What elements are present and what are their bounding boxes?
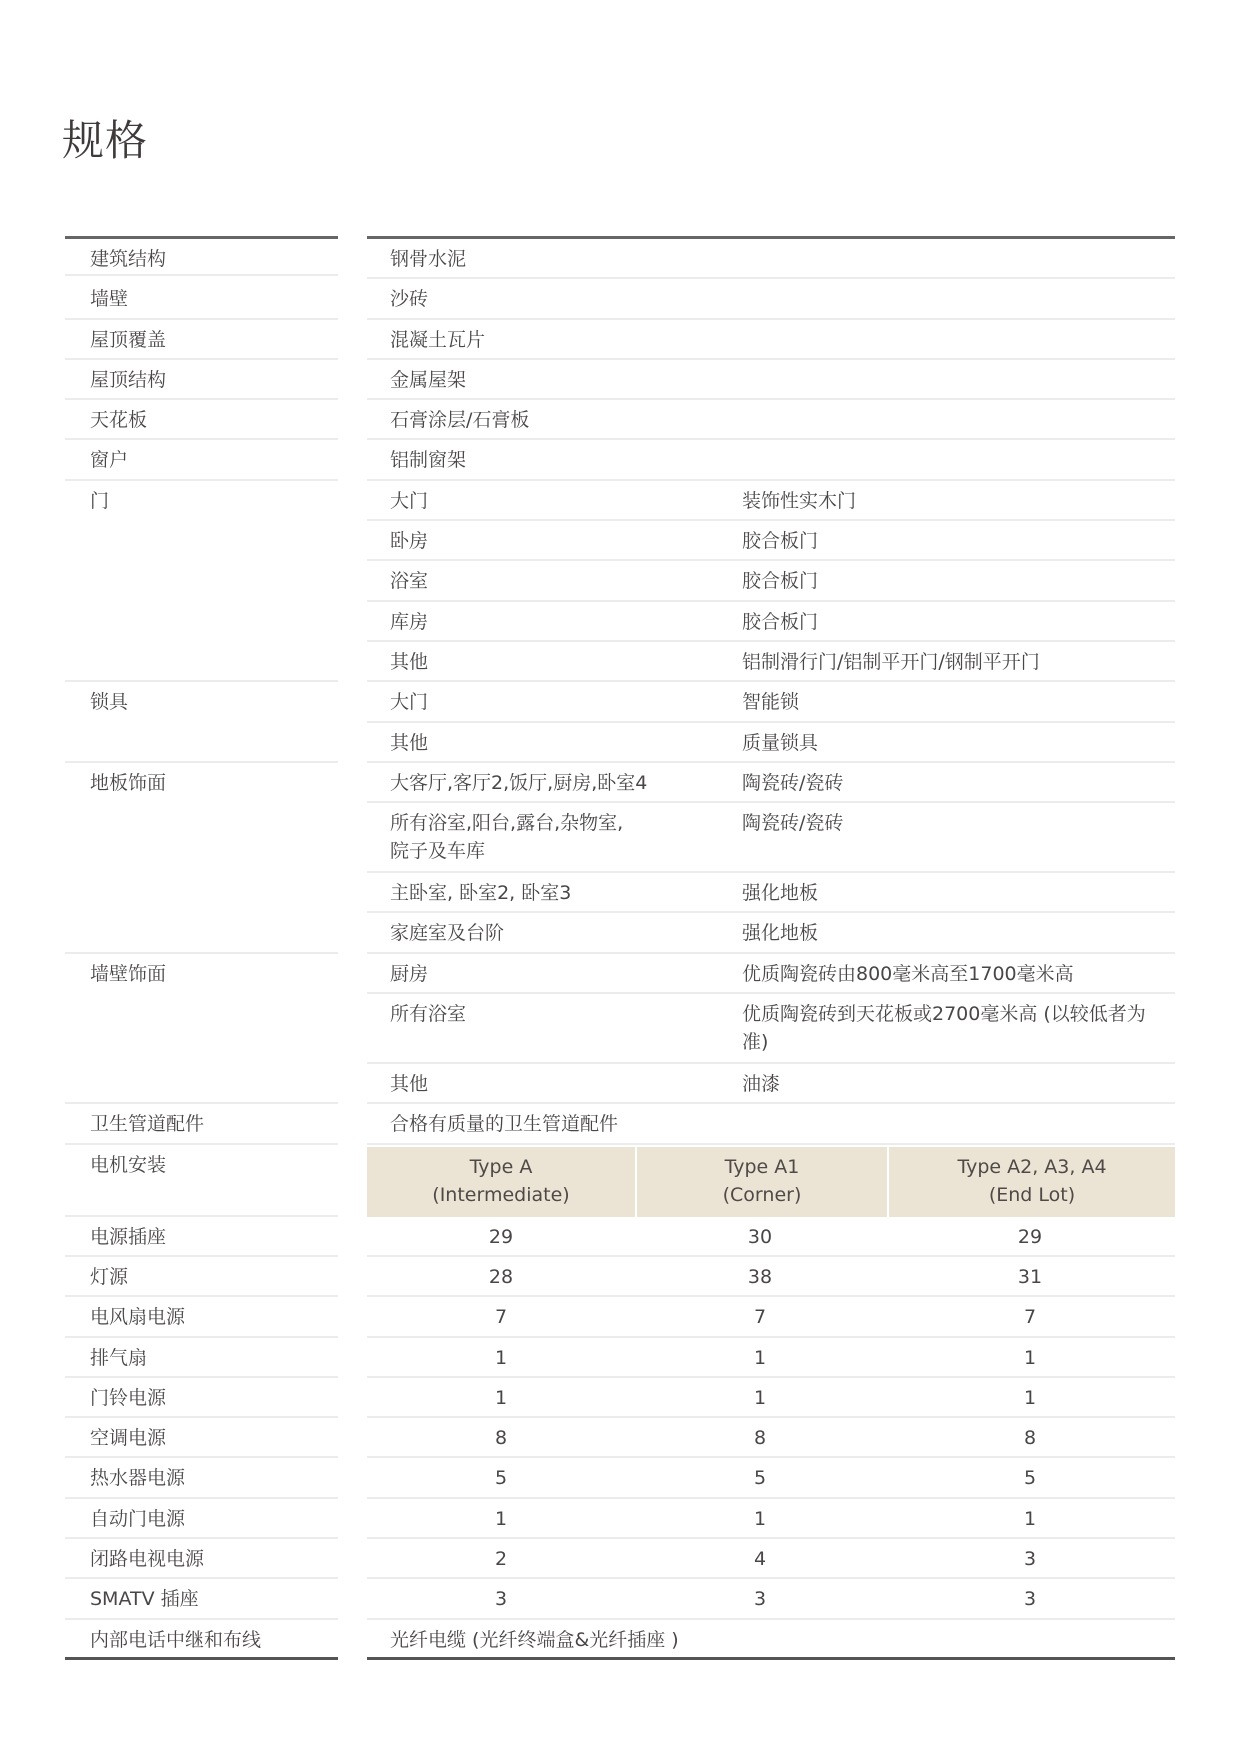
type-header: Type A(Intermediate)Type A1(Corner)Type … xyxy=(367,1147,1175,1217)
spec-values: 293029 xyxy=(367,1217,1175,1257)
count-cell: 1 xyxy=(885,1499,1175,1537)
spec-value: 石膏涂层/石膏板 xyxy=(367,400,1175,438)
spec-cell: 强化地板 xyxy=(742,870,1175,911)
count-cell: 28 xyxy=(367,1257,635,1295)
electrical-row: 自动门电源111 xyxy=(65,1499,1175,1539)
table-row: 沙砖 xyxy=(367,279,1175,319)
spec-label: 电风扇电源 xyxy=(65,1297,338,1337)
table-row: 合格有质量的卫生管道配件 xyxy=(367,1104,1175,1144)
spec-row-ceiling: 天花板石膏涂层/石膏板 xyxy=(65,400,1175,440)
electrical-row: SMATV 插座333 xyxy=(65,1579,1175,1619)
spec-cell: 优质陶瓷砖由800毫米高至1700毫米高 xyxy=(742,951,1175,992)
spec-value: 合格有质量的卫生管道配件 xyxy=(367,1104,1175,1142)
spec-value: 混凝土瓦片 xyxy=(367,320,1175,358)
electrical-row: 灯源283831 xyxy=(65,1257,1175,1297)
spec-values: 厨房优质陶瓷砖由800毫米高至1700毫米高所有浴室优质陶瓷砖到天花板或2700… xyxy=(367,954,1175,1105)
spec-row-sanitary: 卫生管道配件合格有质量的卫生管道配件 xyxy=(65,1104,1175,1144)
count-cell: 1 xyxy=(885,1338,1175,1376)
type-header-cell: Type A1(Corner) xyxy=(637,1147,887,1217)
electrical-row: 门铃电源111 xyxy=(65,1378,1175,1418)
count-cell: 1 xyxy=(635,1499,885,1537)
count-cell: 5 xyxy=(885,1458,1175,1496)
count-cell: 5 xyxy=(367,1458,635,1496)
spec-cell: 胶合板门 xyxy=(742,558,1175,599)
spec-label: 电机安装 xyxy=(65,1145,338,1217)
spec-values: 111 xyxy=(367,1499,1175,1539)
spec-row-structure: 建筑结构钢骨水泥 xyxy=(65,236,1175,279)
spec-cell: 陶瓷砖/瓷砖 xyxy=(742,760,1175,801)
spec-label: 灯源 xyxy=(65,1257,338,1297)
spec-value: 光纤电缆 (光纤终端盒&光纤插座 ) xyxy=(367,1620,1175,1657)
type-desc: (End Lot) xyxy=(889,1181,1175,1209)
area-cell: 其他 xyxy=(367,720,742,761)
table-row: 111 xyxy=(367,1378,1175,1418)
table-row: 铝制窗架 xyxy=(367,440,1175,480)
table-row: 家庭室及台阶强化地板 xyxy=(367,913,1175,953)
count-cell: 1 xyxy=(367,1499,635,1537)
table-row: 333 xyxy=(367,1579,1175,1619)
table-row: 金属屋架 xyxy=(367,360,1175,400)
spec-values: 大门智能锁其他质量锁具 xyxy=(367,682,1175,763)
count-cell: 1 xyxy=(635,1338,885,1376)
spec-row-roof_frame: 屋顶结构金属屋架 xyxy=(65,360,1175,400)
spec-row-windows: 窗户铝制窗架 xyxy=(65,440,1175,480)
table-row: 库房胶合板门 xyxy=(367,602,1175,642)
spec-values: 光纤电缆 (光纤终端盒&光纤插座 ) xyxy=(367,1620,1175,1660)
type-name: Type A1 xyxy=(637,1153,887,1181)
spec-value: 沙砖 xyxy=(367,279,1175,317)
spec-values: 243 xyxy=(367,1539,1175,1579)
electrical-header-row: 电机安装Type A(Intermediate)Type A1(Corner)T… xyxy=(65,1145,1175,1217)
spec-label: 闭路电视电源 xyxy=(65,1539,338,1579)
count-cell: 2 xyxy=(367,1539,635,1577)
count-cell: 8 xyxy=(885,1418,1175,1456)
area-cell: 其他 xyxy=(367,639,742,680)
spec-values: 混凝土瓦片 xyxy=(367,320,1175,360)
count-cell: 3 xyxy=(885,1579,1175,1617)
spec-values: 大门装饰性实木门卧房胶合板门浴室胶合板门库房胶合板门其他铝制滑行门/铝制平开门/… xyxy=(367,481,1175,682)
spec-values: 合格有质量的卫生管道配件 xyxy=(367,1104,1175,1144)
type-header-cell: Type A(Intermediate) xyxy=(367,1147,635,1217)
count-cell: 29 xyxy=(885,1217,1175,1255)
spec-value: 铝制窗架 xyxy=(367,440,1175,478)
count-cell: 30 xyxy=(635,1217,885,1255)
spec-label: 排气扇 xyxy=(65,1338,338,1378)
spec-cell: 智能锁 xyxy=(742,679,1175,720)
table-row: 卧房胶合板门 xyxy=(367,521,1175,561)
area-cell: 所有浴室 xyxy=(367,991,742,1062)
table-row: 混凝土瓦片 xyxy=(367,320,1175,360)
electrical-row: 电源插座293029 xyxy=(65,1217,1175,1257)
spec-cell: 优质陶瓷砖到天花板或2700毫米高 (以较低者为准) xyxy=(742,991,1175,1062)
spec-row-roof_cover: 屋顶覆盖混凝土瓦片 xyxy=(65,320,1175,360)
spec-group-locks: 锁具大门智能锁其他质量锁具 xyxy=(65,682,1175,763)
area-cell: 浴室 xyxy=(367,558,742,599)
count-cell: 7 xyxy=(635,1297,885,1335)
table-row: 主卧室, 卧室2, 卧室3强化地板 xyxy=(367,873,1175,913)
table-row: 243 xyxy=(367,1539,1175,1579)
table-row: 111 xyxy=(367,1499,1175,1539)
page-title: 规格 xyxy=(62,108,148,168)
spec-label: 墙壁 xyxy=(65,279,338,319)
table-row: 555 xyxy=(367,1458,1175,1498)
spec-label: 自动门电源 xyxy=(65,1499,338,1539)
count-cell: 8 xyxy=(367,1418,635,1456)
spec-group-floor: 地板饰面大客厅,客厅2,饭厅,厨房,卧室4陶瓷砖/瓷砖所有浴室,阳台,露台,杂物… xyxy=(65,763,1175,954)
type-header-cell: Type A2, A3, A4(End Lot) xyxy=(889,1147,1175,1217)
count-cell: 3 xyxy=(635,1579,885,1617)
count-cell: 31 xyxy=(885,1257,1175,1295)
type-desc: (Corner) xyxy=(637,1181,887,1209)
spec-label: 屋顶覆盖 xyxy=(65,320,338,360)
area-cell: 卧房 xyxy=(367,518,742,559)
spec-value: 钢骨水泥 xyxy=(367,239,1175,277)
table-row: 大门智能锁 xyxy=(367,682,1175,722)
electrical-row: 电风扇电源777 xyxy=(65,1297,1175,1337)
count-cell: 7 xyxy=(885,1297,1175,1335)
area-cell: 大客厅,客厅2,饭厅,厨房,卧室4 xyxy=(367,760,742,801)
spec-label: 卫生管道配件 xyxy=(65,1104,338,1144)
table-row: 777 xyxy=(367,1297,1175,1337)
spec-label: 屋顶结构 xyxy=(65,360,338,400)
type-desc: (Intermediate) xyxy=(367,1181,635,1209)
table-row: 石膏涂层/石膏板 xyxy=(367,400,1175,440)
spec-values: 111 xyxy=(367,1338,1175,1378)
area-cell: 大门 xyxy=(367,679,742,720)
spec-cell: 胶合板门 xyxy=(742,518,1175,559)
spec-cell: 胶合板门 xyxy=(742,599,1175,640)
area-cell: 主卧室, 卧室2, 卧室3 xyxy=(367,870,742,911)
table-row: 其他油漆 xyxy=(367,1064,1175,1104)
area-cell: 所有浴室,阳台,露台,杂物室, 院子及车库 xyxy=(367,800,742,871)
spec-values: Type A(Intermediate)Type A1(Corner)Type … xyxy=(367,1145,1175,1217)
count-cell: 29 xyxy=(367,1217,635,1255)
count-cell: 1 xyxy=(367,1338,635,1376)
count-cell: 4 xyxy=(635,1539,885,1577)
spec-label: 内部电话中继和布线 xyxy=(65,1620,338,1660)
area-cell: 其他 xyxy=(367,1061,742,1102)
table-row: 111 xyxy=(367,1338,1175,1378)
table-row: 其他铝制滑行门/铝制平开门/钢制平开门 xyxy=(367,642,1175,682)
table-row: 厨房优质陶瓷砖由800毫米高至1700毫米高 xyxy=(367,954,1175,994)
spec-values: 石膏涂层/石膏板 xyxy=(367,400,1175,440)
spec-table: 建筑结构钢骨水泥墙壁沙砖屋顶覆盖混凝土瓦片屋顶结构金属屋架天花板石膏涂层/石膏板… xyxy=(65,236,1175,1660)
electrical-row: 空调电源888 xyxy=(65,1418,1175,1458)
table-row: 光纤电缆 (光纤终端盒&光纤插座 ) xyxy=(367,1620,1175,1660)
table-row: 钢骨水泥 xyxy=(367,239,1175,279)
spec-cell: 强化地板 xyxy=(742,910,1175,951)
spec-label: 热水器电源 xyxy=(65,1458,338,1498)
spec-values: 111 xyxy=(367,1378,1175,1418)
table-row: 所有浴室优质陶瓷砖到天花板或2700毫米高 (以较低者为准) xyxy=(367,994,1175,1064)
spec-label: 门铃电源 xyxy=(65,1378,338,1418)
spec-label: 锁具 xyxy=(65,682,338,763)
spec-values: 钢骨水泥 xyxy=(367,236,1175,279)
count-cell: 3 xyxy=(885,1539,1175,1577)
spec-label: 窗户 xyxy=(65,440,338,480)
table-row: 所有浴室,阳台,露台,杂物室, 院子及车库陶瓷砖/瓷砖 xyxy=(367,803,1175,873)
spec-values: 大客厅,客厅2,饭厅,厨房,卧室4陶瓷砖/瓷砖所有浴室,阳台,露台,杂物室, 院… xyxy=(367,763,1175,954)
spec-label: SMATV 插座 xyxy=(65,1579,338,1619)
type-name: Type A xyxy=(367,1153,635,1181)
spec-label: 地板饰面 xyxy=(65,763,338,954)
spec-cell: 装饰性实木门 xyxy=(742,478,1175,519)
spec-label: 电源插座 xyxy=(65,1217,338,1257)
count-cell: 3 xyxy=(367,1579,635,1617)
type-name: Type A2, A3, A4 xyxy=(889,1153,1175,1181)
count-cell: 5 xyxy=(635,1458,885,1496)
count-cell: 1 xyxy=(635,1378,885,1416)
spec-cell: 陶瓷砖/瓷砖 xyxy=(742,800,1175,871)
table-row: 大门装饰性实木门 xyxy=(367,481,1175,521)
spec-values: 铝制窗架 xyxy=(367,440,1175,480)
spec-row-walls: 墙壁沙砖 xyxy=(65,279,1175,319)
area-cell: 厨房 xyxy=(367,951,742,992)
spec-row-telephone: 内部电话中继和布线光纤电缆 (光纤终端盒&光纤插座 ) xyxy=(65,1620,1175,1660)
spec-value: 金属屋架 xyxy=(367,360,1175,398)
spec-label: 建筑结构 xyxy=(65,236,338,276)
table-row: 293029 xyxy=(367,1217,1175,1257)
spec-group-doors: 门大门装饰性实木门卧房胶合板门浴室胶合板门库房胶合板门其他铝制滑行门/铝制平开门… xyxy=(65,481,1175,682)
spec-cell: 铝制滑行门/铝制平开门/钢制平开门 xyxy=(742,639,1175,680)
table-row: 浴室胶合板门 xyxy=(367,561,1175,601)
table-row: 888 xyxy=(367,1418,1175,1458)
spec-cell: 油漆 xyxy=(742,1061,1175,1102)
spec-label: 空调电源 xyxy=(65,1418,338,1458)
spec-values: 555 xyxy=(367,1458,1175,1498)
area-cell: 家庭室及台阶 xyxy=(367,910,742,951)
electrical-row: 排气扇111 xyxy=(65,1338,1175,1378)
spec-group-wall_finish: 墙壁饰面厨房优质陶瓷砖由800毫米高至1700毫米高所有浴室优质陶瓷砖到天花板或… xyxy=(65,954,1175,1105)
spec-values: 333 xyxy=(367,1579,1175,1619)
spec-values: 777 xyxy=(367,1297,1175,1337)
spec-cell: 质量锁具 xyxy=(742,720,1175,761)
count-cell: 1 xyxy=(885,1378,1175,1416)
spec-label: 天花板 xyxy=(65,400,338,440)
electrical-row: 热水器电源555 xyxy=(65,1458,1175,1498)
table-row: 大客厅,客厅2,饭厅,厨房,卧室4陶瓷砖/瓷砖 xyxy=(367,763,1175,803)
spec-values: 沙砖 xyxy=(367,279,1175,319)
area-cell: 库房 xyxy=(367,599,742,640)
count-cell: 38 xyxy=(635,1257,885,1295)
count-cell: 1 xyxy=(367,1378,635,1416)
electrical-row: 闭路电视电源243 xyxy=(65,1539,1175,1579)
count-cell: 7 xyxy=(367,1297,635,1335)
count-cell: 8 xyxy=(635,1418,885,1456)
spec-values: 888 xyxy=(367,1418,1175,1458)
table-row: 其他质量锁具 xyxy=(367,723,1175,763)
spec-label: 墙壁饰面 xyxy=(65,954,338,1105)
spec-label: 门 xyxy=(65,481,338,682)
spec-values: 283831 xyxy=(367,1257,1175,1297)
area-cell: 大门 xyxy=(367,478,742,519)
table-row: 283831 xyxy=(367,1257,1175,1297)
spec-values: 金属屋架 xyxy=(367,360,1175,400)
